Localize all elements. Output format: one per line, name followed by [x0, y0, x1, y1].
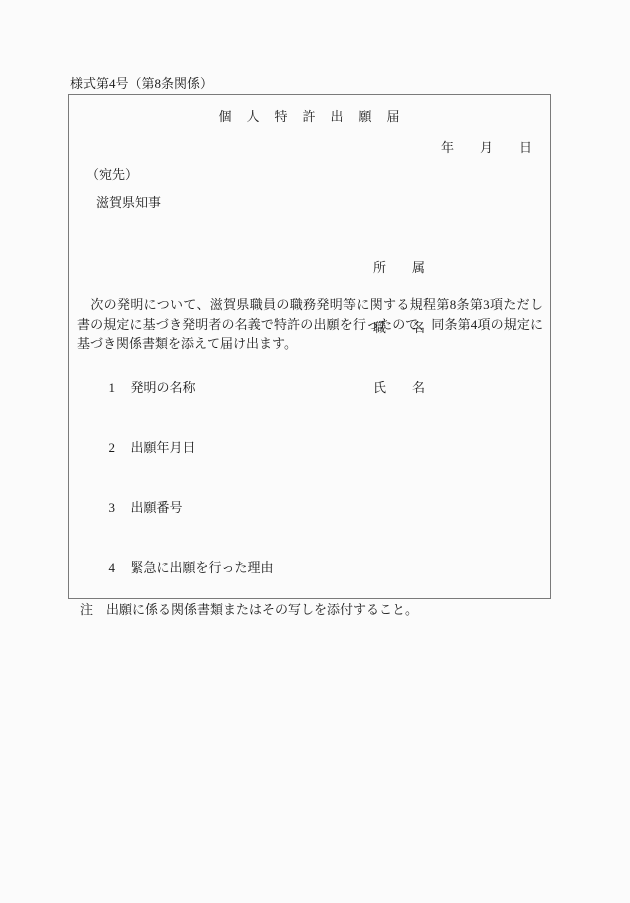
item-label: 発明の名称	[131, 380, 196, 395]
item-label: 出願番号	[131, 500, 183, 515]
item-number: 2	[109, 441, 131, 454]
form-style-label: 様式第4号（第8条関係）	[70, 77, 213, 90]
form-title: 個 人 特 許 出 願 届	[69, 110, 550, 123]
addressee-name: 滋賀県知事	[96, 196, 161, 209]
item-label: 出願年月日	[131, 440, 196, 455]
item-urgent-reason: 4緊急に出願を行った理由	[89, 548, 274, 587]
document-page: 様式第4号（第8条関係） 個 人 特 許 出 願 届 年 月 日 （宛先） 滋賀…	[0, 0, 630, 903]
item-number: 1	[109, 381, 131, 394]
item-invention-name: 1発明の名称	[89, 368, 196, 407]
signer-field-affiliation: 所 属	[373, 258, 425, 278]
item-application-date: 2出願年月日	[89, 428, 196, 467]
item-label: 緊急に出願を行った理由	[131, 560, 274, 575]
item-number: 3	[109, 501, 131, 514]
footnote: 注 出願に係る関係書類またはその写しを添付すること。	[80, 603, 418, 616]
form-border-box: 個 人 特 許 出 願 届 年 月 日 （宛先） 滋賀県知事 所 属 職 名 氏…	[68, 94, 551, 599]
addressee-label: （宛先）	[86, 168, 138, 181]
body-paragraph: 次の発明について、滋賀県職員の職務発明等に関する規程第8条第3項ただし書の規定に…	[77, 295, 543, 354]
item-application-number: 3出願番号	[89, 488, 183, 527]
signer-field-name: 氏 名	[373, 378, 425, 398]
item-number: 4	[109, 561, 131, 574]
date-line: 年 月 日	[441, 141, 532, 154]
